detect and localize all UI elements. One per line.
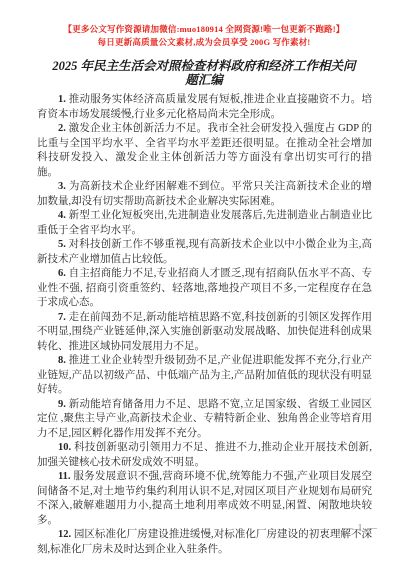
paragraph-text: 新型工业化短板突出,先进制造业发展落后,先进制造业占制造业比重低于全省平均水平。: [37, 210, 372, 236]
paragraph-text: 服务发展意识不强,营商环境不优,统筹能力不强,产业项目发展空间储备不足,对土地节…: [37, 471, 372, 526]
paragraph-text: 激发企业主体创新活力不足。我市全社会研发投入强度占 GDP 的比重与全国平均水平…: [37, 123, 372, 178]
paragraph-3: 3. 为高新技术企业纾困解难不到位。平常只关注高新技术企业的增加数量,却没有切实…: [37, 180, 372, 209]
paragraph-text: 走在前闯劲不足,新动能培植思路不宽,科技创新的引领区发挥作用不明显,围绕产业链延…: [37, 312, 372, 352]
paragraph-8: 8. 推进工业企业转型升级韧劲不足,产业促进职能发挥不充分,行业产业链短,产品以…: [37, 354, 372, 398]
paragraph-11: 11. 服务发展意识不强,营商环境不优,统筹能力不强,产业项目发展空间储备不足,…: [37, 470, 372, 528]
paragraph-text: 推动服务实体经济高质量发展有短板,推进企业直接融资不力。培育资本市场发展缓慢,行…: [37, 94, 372, 120]
paragraph-text: 园区标准化厂房建设推进缓慢,对标准化厂房建设的初衷理解不深刻,标准化厂房未及时达…: [37, 529, 372, 555]
promo-banner: 【更多公文写作资源请加微信:muo180914 全网资源!唯一包更新不跑路!】 …: [0, 0, 408, 49]
paragraph-number: 7.: [58, 312, 69, 323]
promo-line-1: 【更多公文写作资源请加微信:muo180914 全网资源!唯一包更新不跑路!】: [0, 23, 408, 36]
paragraph-number: 2.: [58, 123, 69, 134]
paragraph-number: 4.: [58, 210, 69, 221]
paragraph-12: 12. 园区标准化厂房建设推进缓慢,对标准化厂房建设的初衷理解不深刻,标准化厂房…: [37, 528, 372, 557]
paragraph-number: 3.: [58, 181, 69, 192]
page-number: — 1 —: [343, 523, 378, 534]
paragraph-number: 8.: [58, 355, 69, 366]
paragraph-6: 6. 自主招商能力不足,专业招商人才匮乏,现有招商队伍水平不高、专业性不强, 招…: [37, 267, 372, 311]
promo-line-2: 每日更新高质量公文素材,成为会员享受 200G 写作素材!: [0, 36, 408, 49]
paragraph-2: 2. 激发企业主体创新活力不足。我市全社会研发投入强度占 GDP 的比重与全国平…: [37, 122, 372, 180]
paragraph-5: 5. 对科技创新工作不够重视,现有高新技术企业以中小微企业为主,高新技术产业增加…: [37, 238, 372, 267]
paragraph-number: 5.: [58, 239, 69, 250]
paragraph-1: 1. 推动服务实体经济高质量发展有短板,推进企业直接融资不力。培育资本市场发展缓…: [37, 93, 372, 122]
document-page: 【更多公文写作资源请加微信:muo180914 全网资源!唯一包更新不跑路!】 …: [0, 0, 408, 580]
document-body: 1. 推动服务实体经济高质量发展有短板,推进企业直接融资不力。培育资本市场发展缓…: [37, 93, 372, 557]
paragraph-text: 新动能培育储备用力不足、思路不宽,立足国家级、省级工业园区定位 ,聚焦主导产业,…: [37, 399, 372, 439]
paragraph-number: 9.: [58, 399, 69, 410]
paragraph-text: 为高新技术企业纾困解难不到位。平常只关注高新技术企业的增加数量,却没有切实帮助高…: [37, 181, 372, 207]
paragraph-9: 9. 新动能培育储备用力不足、思路不宽,立足国家级、省级工业园区定位 ,聚焦主导…: [37, 398, 372, 442]
paragraph-number: 6.: [58, 268, 69, 279]
paragraph-number: 10.: [58, 442, 74, 453]
paragraph-7: 7. 走在前闯劲不足,新动能培植思路不宽,科技创新的引领区发挥作用不明显,围绕产…: [37, 311, 372, 355]
paragraph-10: 10. 科技创新驱动引领用力不足、推进不力,推动企业开展技术创新,加强关键核心技…: [37, 441, 372, 470]
paragraph-text: 科技创新驱动引领用力不足、推进不力,推动企业开展技术创新,加强关键核心技术研发成…: [37, 442, 372, 468]
paragraph-number: 1.: [58, 94, 69, 105]
paragraph-text: 对科技创新工作不够重视,现有高新技术企业以中小微企业为主,高新技术产业增加值占比…: [37, 239, 372, 265]
paragraph-4: 4. 新型工业化短板突出,先进制造业发展落后,先进制造业占制造业比重低于全省平均…: [37, 209, 372, 238]
paragraph-text: 推进工业企业转型升级韧劲不足,产业促进职能发挥不充分,行业产业链短,产品以初级产…: [37, 355, 372, 395]
paragraph-text: 自主招商能力不足,专业招商人才匮乏,现有招商队伍水平不高、专业性不强, 招商引资…: [37, 268, 372, 308]
paragraph-number: 11.: [58, 471, 73, 482]
paragraph-number: 12.: [58, 529, 74, 540]
document-title: 2025 年民主生活会对照检查材料政府和经济工作相关问题汇编: [52, 59, 356, 87]
